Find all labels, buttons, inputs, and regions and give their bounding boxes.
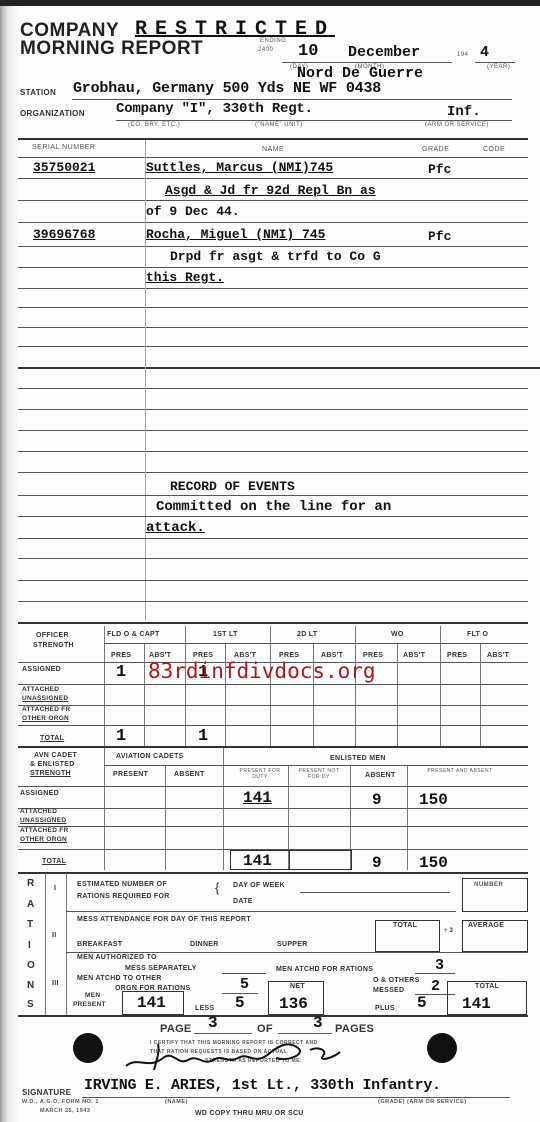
section-1-numeral: I xyxy=(54,885,56,892)
enlisted-title-3: STRENGTH xyxy=(30,770,71,777)
scan-top-border xyxy=(0,0,540,6)
row-attached-from-2: OTHER ORGN xyxy=(22,715,69,722)
of-label: OF xyxy=(257,1023,273,1035)
organization-label: ORGANIZATION xyxy=(20,109,85,118)
sub-pres: PRES xyxy=(279,652,299,659)
row-attached-unassigned: ATTACHED xyxy=(20,808,57,815)
men-atchd-rations-label: MEN ATCHD FOR RATIONS xyxy=(276,966,373,973)
col-name: NAME xyxy=(262,146,284,153)
col-av-present: PRESENT xyxy=(113,771,148,778)
divide-by-three: ÷ 3 xyxy=(444,928,458,934)
report-year: 4 xyxy=(480,44,489,61)
report-day: 10 xyxy=(298,42,318,61)
row-attached-unassigned-2: UNASSIGNED xyxy=(20,817,66,824)
men-present-value: 141 xyxy=(137,994,166,1012)
signature-label: SIGNATURE xyxy=(22,1088,71,1097)
col-present-for-duty: PRESENT FOR DUTY xyxy=(236,768,284,780)
ending-time: 2400 xyxy=(258,47,273,53)
org-caption-unit: (CO. BRY. ETC.) xyxy=(128,122,180,128)
serial-number: 35750021 xyxy=(33,160,95,175)
number-label: NUMBER xyxy=(474,882,503,888)
total-label: TOTAL xyxy=(393,922,417,929)
fld-capt-pres-total: 1 xyxy=(116,727,126,746)
col-present-and-absent: PRESENT AND ABSENT xyxy=(420,768,500,774)
title-morning-report: MORNING REPORT xyxy=(20,38,203,60)
estimated-rations-label: ESTIMATED NUMBER OF xyxy=(77,881,167,888)
sub-pres: PRES xyxy=(193,652,213,659)
row-attached-unassigned-2: UNASSIGNED xyxy=(22,695,68,702)
remark-line-1: Drpd fr asgt & trfd to Co G xyxy=(170,249,381,264)
sub-pres: PRES xyxy=(447,652,467,659)
sub-abst: ABS'T xyxy=(234,652,256,659)
morning-report-document: COMPANY RESTRICTED MORNING REPORT ENDING… xyxy=(0,0,540,1122)
sub-abst: ABS'T xyxy=(149,652,171,659)
present-for-duty-total: 141 xyxy=(243,852,272,870)
men-present-label-2: PRESENT xyxy=(73,1001,106,1008)
station-value: Grobhau, Germany 500 Yds NE WF 0438 xyxy=(73,80,381,97)
men-atchd-rations-value: 3 xyxy=(435,957,444,974)
year-caption: (YEAR) xyxy=(487,64,510,70)
page-value: 3 xyxy=(208,1014,218,1032)
org-caption-name: ("NAME" UNIT) xyxy=(255,122,303,128)
total-label: TOTAL xyxy=(475,983,499,990)
date-label: DATE xyxy=(233,898,253,905)
col-code: CODE xyxy=(483,146,505,153)
supper-label: SUPPER xyxy=(277,941,308,948)
men-present-label: MEN xyxy=(85,992,100,999)
arm-value: Inf. xyxy=(447,104,481,120)
total-value: 141 xyxy=(462,995,491,1013)
plus-value: 5 xyxy=(417,994,427,1012)
report-month: December xyxy=(348,44,420,61)
men-atchd-other-label: MEN ATCHD TO OTHER xyxy=(77,975,162,982)
sub-pres: PRES xyxy=(111,652,131,659)
row-attached-from-2: OTHER ORGN xyxy=(20,836,67,843)
grade-caption: (GRADE) (ARM OR SERVICE) xyxy=(378,1099,467,1105)
signatory-name: IRVING E. ARIES, 1st Lt., 330th Infantry… xyxy=(84,1077,441,1094)
row-attached-from: ATTACHED FR xyxy=(22,706,71,713)
record-line-1: Committed on the line for an xyxy=(156,499,391,515)
scan-edge-shadow xyxy=(0,0,18,1122)
officer-strength-title-2: STRENGTH xyxy=(33,642,74,649)
enlisted-men-header: ENLISTED MEN xyxy=(330,755,386,762)
col-present-not-for-duty: PRESENT NOT FOR DY xyxy=(292,768,346,780)
group-wo: WO xyxy=(391,631,404,638)
soldier-name: Suttles, Marcus (NMI)745 xyxy=(146,160,333,175)
sub-abst: ABS'T xyxy=(321,652,343,659)
col-em-absent: ABSENT xyxy=(365,772,396,779)
present-and-absent-assigned: 150 xyxy=(419,791,448,809)
men-atchd-other-value: 5 xyxy=(240,976,249,993)
1st-lt-pres-total: 1 xyxy=(198,727,208,746)
page-label: PAGE xyxy=(160,1023,192,1035)
org-caption-arm: (ARM OR SERVICE) xyxy=(425,122,489,128)
of-value: 3 xyxy=(313,1014,323,1032)
sub-pres: PRES xyxy=(363,652,383,659)
soldier-name: Rocha, Miguel (NMI) 745 xyxy=(146,227,325,242)
section-2-numeral: II xyxy=(52,932,57,939)
binder-hole-right xyxy=(427,1033,457,1063)
absent-assigned: 9 xyxy=(372,791,382,809)
form-number: W.D., A.G.O. FORM NO. 1 xyxy=(22,1099,99,1105)
serial-number: 39696768 xyxy=(33,227,95,242)
less-value: 5 xyxy=(235,994,245,1012)
group-flt-o: FLT O xyxy=(467,631,488,638)
sub-abst: ABS'T xyxy=(487,652,509,659)
form-date: MARCH 25, 1943 xyxy=(40,1108,90,1114)
row-total: TOTAL xyxy=(40,735,64,742)
pages-label: PAGES xyxy=(335,1023,374,1035)
row-attached-from: ATTACHED FR xyxy=(20,827,69,834)
remark-line-2: this Regt. xyxy=(146,270,224,285)
mess-attendance-label: MESS ATTENDANCE FOR DAY OF THIS REPORT xyxy=(77,916,251,923)
row-assigned: ASSIGNED xyxy=(22,666,61,673)
mess-separately-label: MESS SEPARATELY xyxy=(125,965,197,972)
present-for-duty-assigned: 141 xyxy=(243,789,272,807)
day-of-week-label: DAY OF WEEK xyxy=(233,882,285,889)
watermark-text: 83rdinfdivdocs.org xyxy=(148,659,376,683)
row-assigned: ASSIGNED xyxy=(20,790,59,797)
fld-capt-pres-assigned: 1 xyxy=(116,663,126,682)
section-3-numeral: III xyxy=(52,980,59,987)
men-authorized-label: MEN AUTHORIZED TO xyxy=(77,954,157,961)
copy-note: WD COPY THRU MRU OR SCU xyxy=(195,1110,304,1117)
row-total: TOTAL xyxy=(42,858,66,865)
organization-value: Company "I", 330th Regt. xyxy=(116,101,313,117)
others-messed-value: 2 xyxy=(431,978,440,995)
dinner-label: DINNER xyxy=(190,941,219,948)
net-label: NET xyxy=(290,983,305,990)
col-serial-number: SERIAL NUMBER xyxy=(32,144,95,151)
year-prefix: 194 xyxy=(457,52,469,58)
aviation-cadets-header: AVIATION CADETS xyxy=(116,753,184,760)
remark-line-2: of 9 Dec 44. xyxy=(146,204,240,219)
group-fld-capt: FLD O & CAPT xyxy=(107,631,160,638)
col-grade: GRADE xyxy=(422,146,449,153)
average-label: AVERAGE xyxy=(468,922,504,929)
less-label: LESS xyxy=(195,1005,214,1012)
absent-total: 9 xyxy=(372,854,382,872)
present-and-absent-total: 150 xyxy=(419,854,448,872)
name-caption: (NAME) xyxy=(165,1099,188,1105)
group-2d-lt: 2D LT xyxy=(297,631,317,638)
grade: Pfc xyxy=(428,162,451,177)
plus-label: PLUS xyxy=(375,1005,395,1012)
binder-hole-left xyxy=(73,1033,103,1063)
grade: Pfc xyxy=(428,229,451,244)
enlisted-title: AVN CADET xyxy=(34,752,77,759)
others-messed-label-2: MESSED xyxy=(373,987,404,994)
ending-label: ENDING xyxy=(260,38,286,44)
others-messed-label: O & OTHERS xyxy=(373,977,420,984)
row-attached-unassigned: ATTACHED xyxy=(22,686,59,693)
sub-abst: ABS'T xyxy=(403,652,425,659)
station-label: STATION xyxy=(20,88,56,97)
record-of-events-heading: RECORD OF EVENTS xyxy=(170,479,295,494)
net-value: 136 xyxy=(279,995,308,1013)
remark-line-1: Asgd & Jd fr 92d Repl Bn as xyxy=(165,183,376,198)
group-1st-lt: 1ST LT xyxy=(213,631,238,638)
estimated-rations-label-2: RATIONS REQUIRED FOR xyxy=(77,893,170,900)
col-av-absent: ABSENT xyxy=(174,771,205,778)
breakfast-label: BREAKFAST xyxy=(77,941,122,948)
officer-strength-title: OFFICER xyxy=(36,632,69,639)
record-line-2: attack. xyxy=(146,520,205,536)
handwritten-signature xyxy=(118,1036,348,1076)
enlisted-title-2: & ENLISTED xyxy=(30,761,75,768)
